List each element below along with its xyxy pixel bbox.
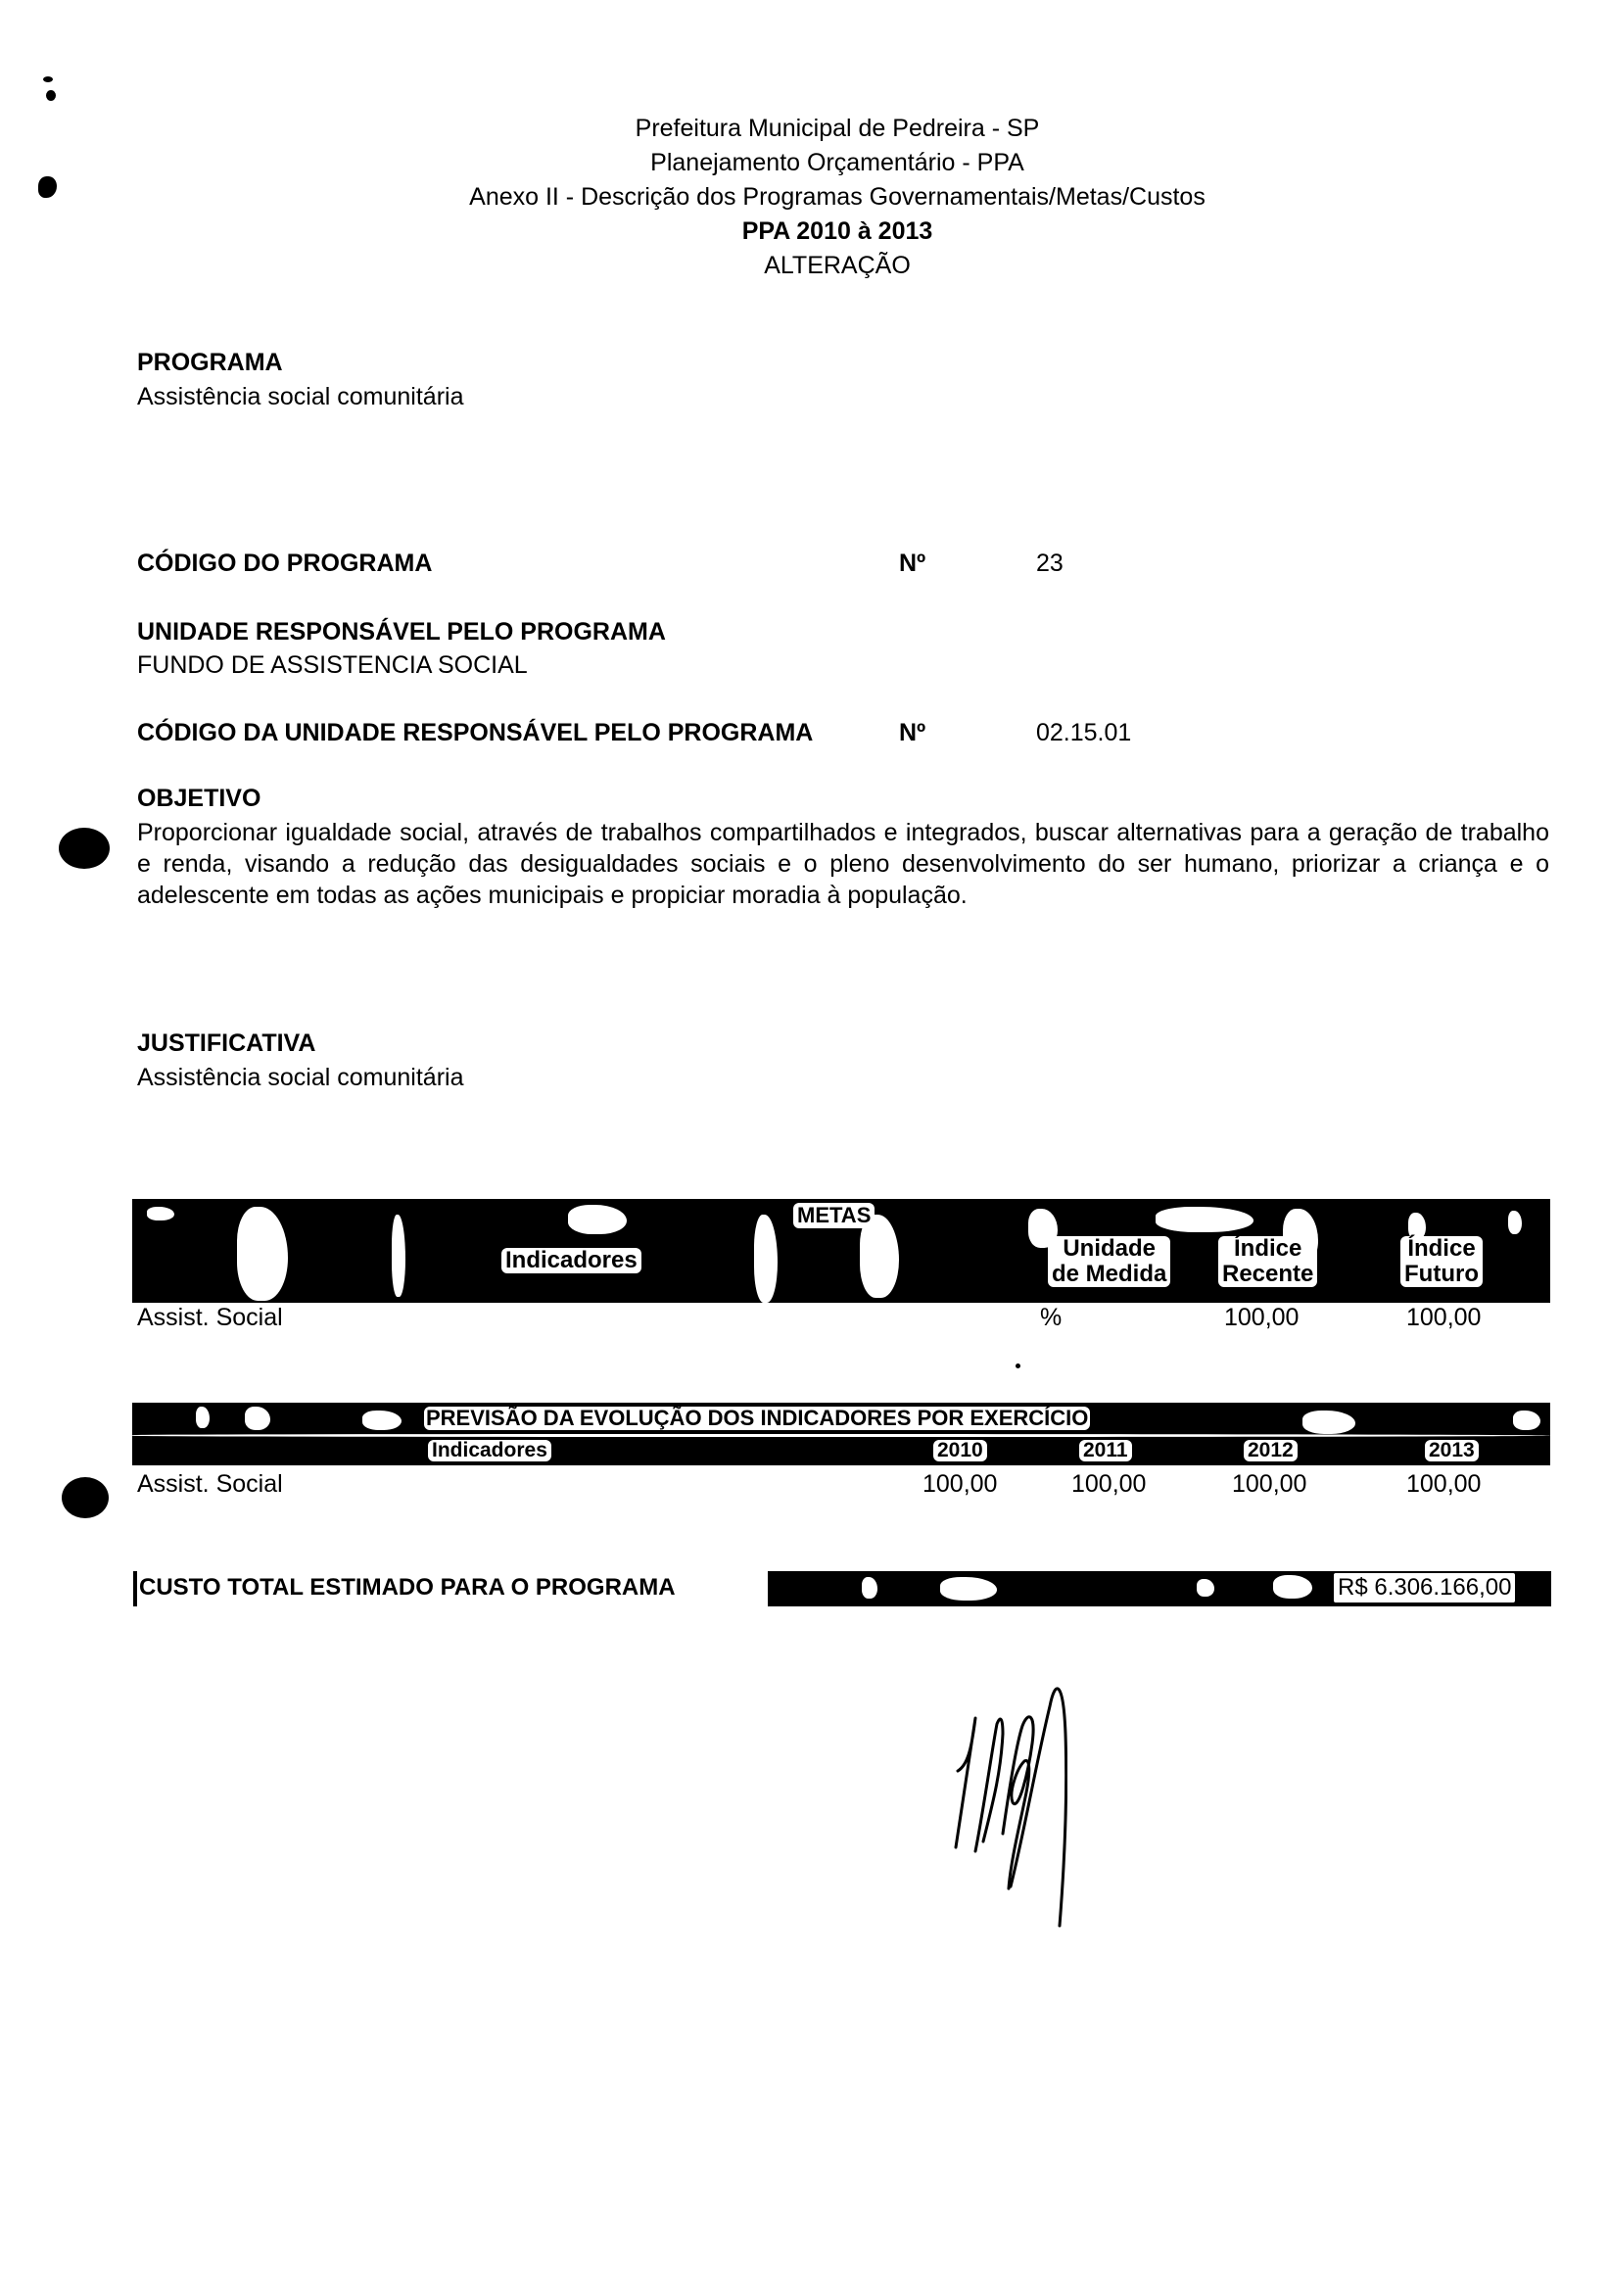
scan-noise (1302, 1411, 1355, 1434)
previsao-row-2011: 100,00 (1071, 1469, 1146, 1499)
scan-noise (245, 1407, 270, 1430)
metas-row-futuro: 100,00 (1406, 1303, 1481, 1332)
scan-dot (1016, 1363, 1020, 1368)
codigo-programa-value: 23 (1036, 549, 1064, 578)
punch-hole-mark (43, 76, 53, 82)
codigo-programa-num-label: Nº (899, 549, 925, 578)
codigo-unidade-label: CÓDIGO DA UNIDADE RESPONSÁVEL PELO PROGR… (137, 718, 813, 747)
previsao-row-2013: 100,00 (1406, 1469, 1481, 1499)
previsao-col-2012: 2012 (1244, 1440, 1298, 1461)
metas-row-unidade: % (1040, 1303, 1062, 1332)
header-ppa-period: PPA 2010 à 2013 (0, 215, 1608, 249)
header-annex: Anexo II - Descrição dos Programas Gover… (0, 180, 1608, 215)
scan-noise (862, 1577, 877, 1599)
metas-col-unidade: Unidade de Medida (1048, 1236, 1170, 1287)
scan-noise (1197, 1579, 1214, 1597)
justificativa-text: Assistência social comunitária (137, 1063, 463, 1092)
scan-noise (940, 1577, 997, 1601)
objetivo-text: Proporcionar igualdade social, através d… (137, 817, 1549, 911)
codigo-unidade-value: 02.15.01 (1036, 718, 1131, 747)
previsao-col-indicadores: Indicadores (428, 1440, 551, 1461)
punch-hole-mark (62, 1477, 109, 1518)
scan-noise (1156, 1207, 1253, 1232)
custo-label: CUSTO TOTAL ESTIMADO PARA O PROGRAMA (139, 1573, 676, 1602)
programa-label: PROGRAMA (137, 348, 283, 377)
previsao-row-2010: 100,00 (922, 1469, 997, 1499)
scan-noise (1513, 1411, 1540, 1430)
previsao-row-indicador: Assist. Social (137, 1469, 283, 1499)
objetivo-label: OBJETIVO (137, 784, 260, 813)
punch-hole-mark (59, 828, 110, 869)
signature (911, 1655, 1067, 1949)
metas-row-indicador: Assist. Social (137, 1303, 283, 1332)
unidade-label: UNIDADE RESPONSÁVEL PELO PROGRAMA (137, 617, 666, 646)
scan-noise (568, 1205, 627, 1234)
punch-hole-mark (46, 90, 56, 101)
metas-col-indicadores: Indicadores (501, 1248, 641, 1273)
metas-row-recente: 100,00 (1224, 1303, 1299, 1332)
metas-col-indice-futuro: Índice Futuro (1400, 1236, 1483, 1287)
scan-noise (132, 1434, 1550, 1437)
metas-title: METAS (793, 1203, 875, 1228)
custo-value: R$ 6.306.166,00 (1334, 1573, 1515, 1602)
previsao-col-2011: 2011 (1079, 1440, 1132, 1461)
header-municipality: Prefeitura Municipal de Pedreira - SP (0, 112, 1608, 146)
codigo-programa-label: CÓDIGO DO PROGRAMA (137, 549, 432, 578)
metas-col-indice-recente: Índice Recente (1218, 1236, 1317, 1287)
scan-noise (362, 1411, 402, 1430)
scan-noise (1508, 1211, 1522, 1234)
custo-bracket-right (1547, 1571, 1551, 1606)
previsao-col-2010: 2010 (933, 1440, 987, 1461)
header-planning: Planejamento Orçamentário - PPA (0, 146, 1608, 180)
codigo-unidade-num-label: Nº (899, 718, 925, 747)
scan-noise (1273, 1575, 1312, 1599)
document-header: Prefeitura Municipal de Pedreira - SP Pl… (0, 112, 1608, 283)
custo-bracket-left (133, 1571, 137, 1606)
header-alteracao: ALTERAÇÃO (0, 249, 1608, 283)
previsao-row-2012: 100,00 (1232, 1469, 1306, 1499)
previsao-title: PREVISÃO DA EVOLUÇÃO DOS INDICADORES POR… (424, 1407, 1090, 1430)
scan-noise (147, 1207, 174, 1220)
scan-noise (196, 1407, 210, 1428)
previsao-col-2013: 2013 (1425, 1440, 1479, 1461)
unidade-value: FUNDO DE ASSISTENCIA SOCIAL (137, 650, 528, 680)
programa-value: Assistência social comunitária (137, 382, 463, 411)
justificativa-label: JUSTIFICATIVA (137, 1028, 315, 1058)
